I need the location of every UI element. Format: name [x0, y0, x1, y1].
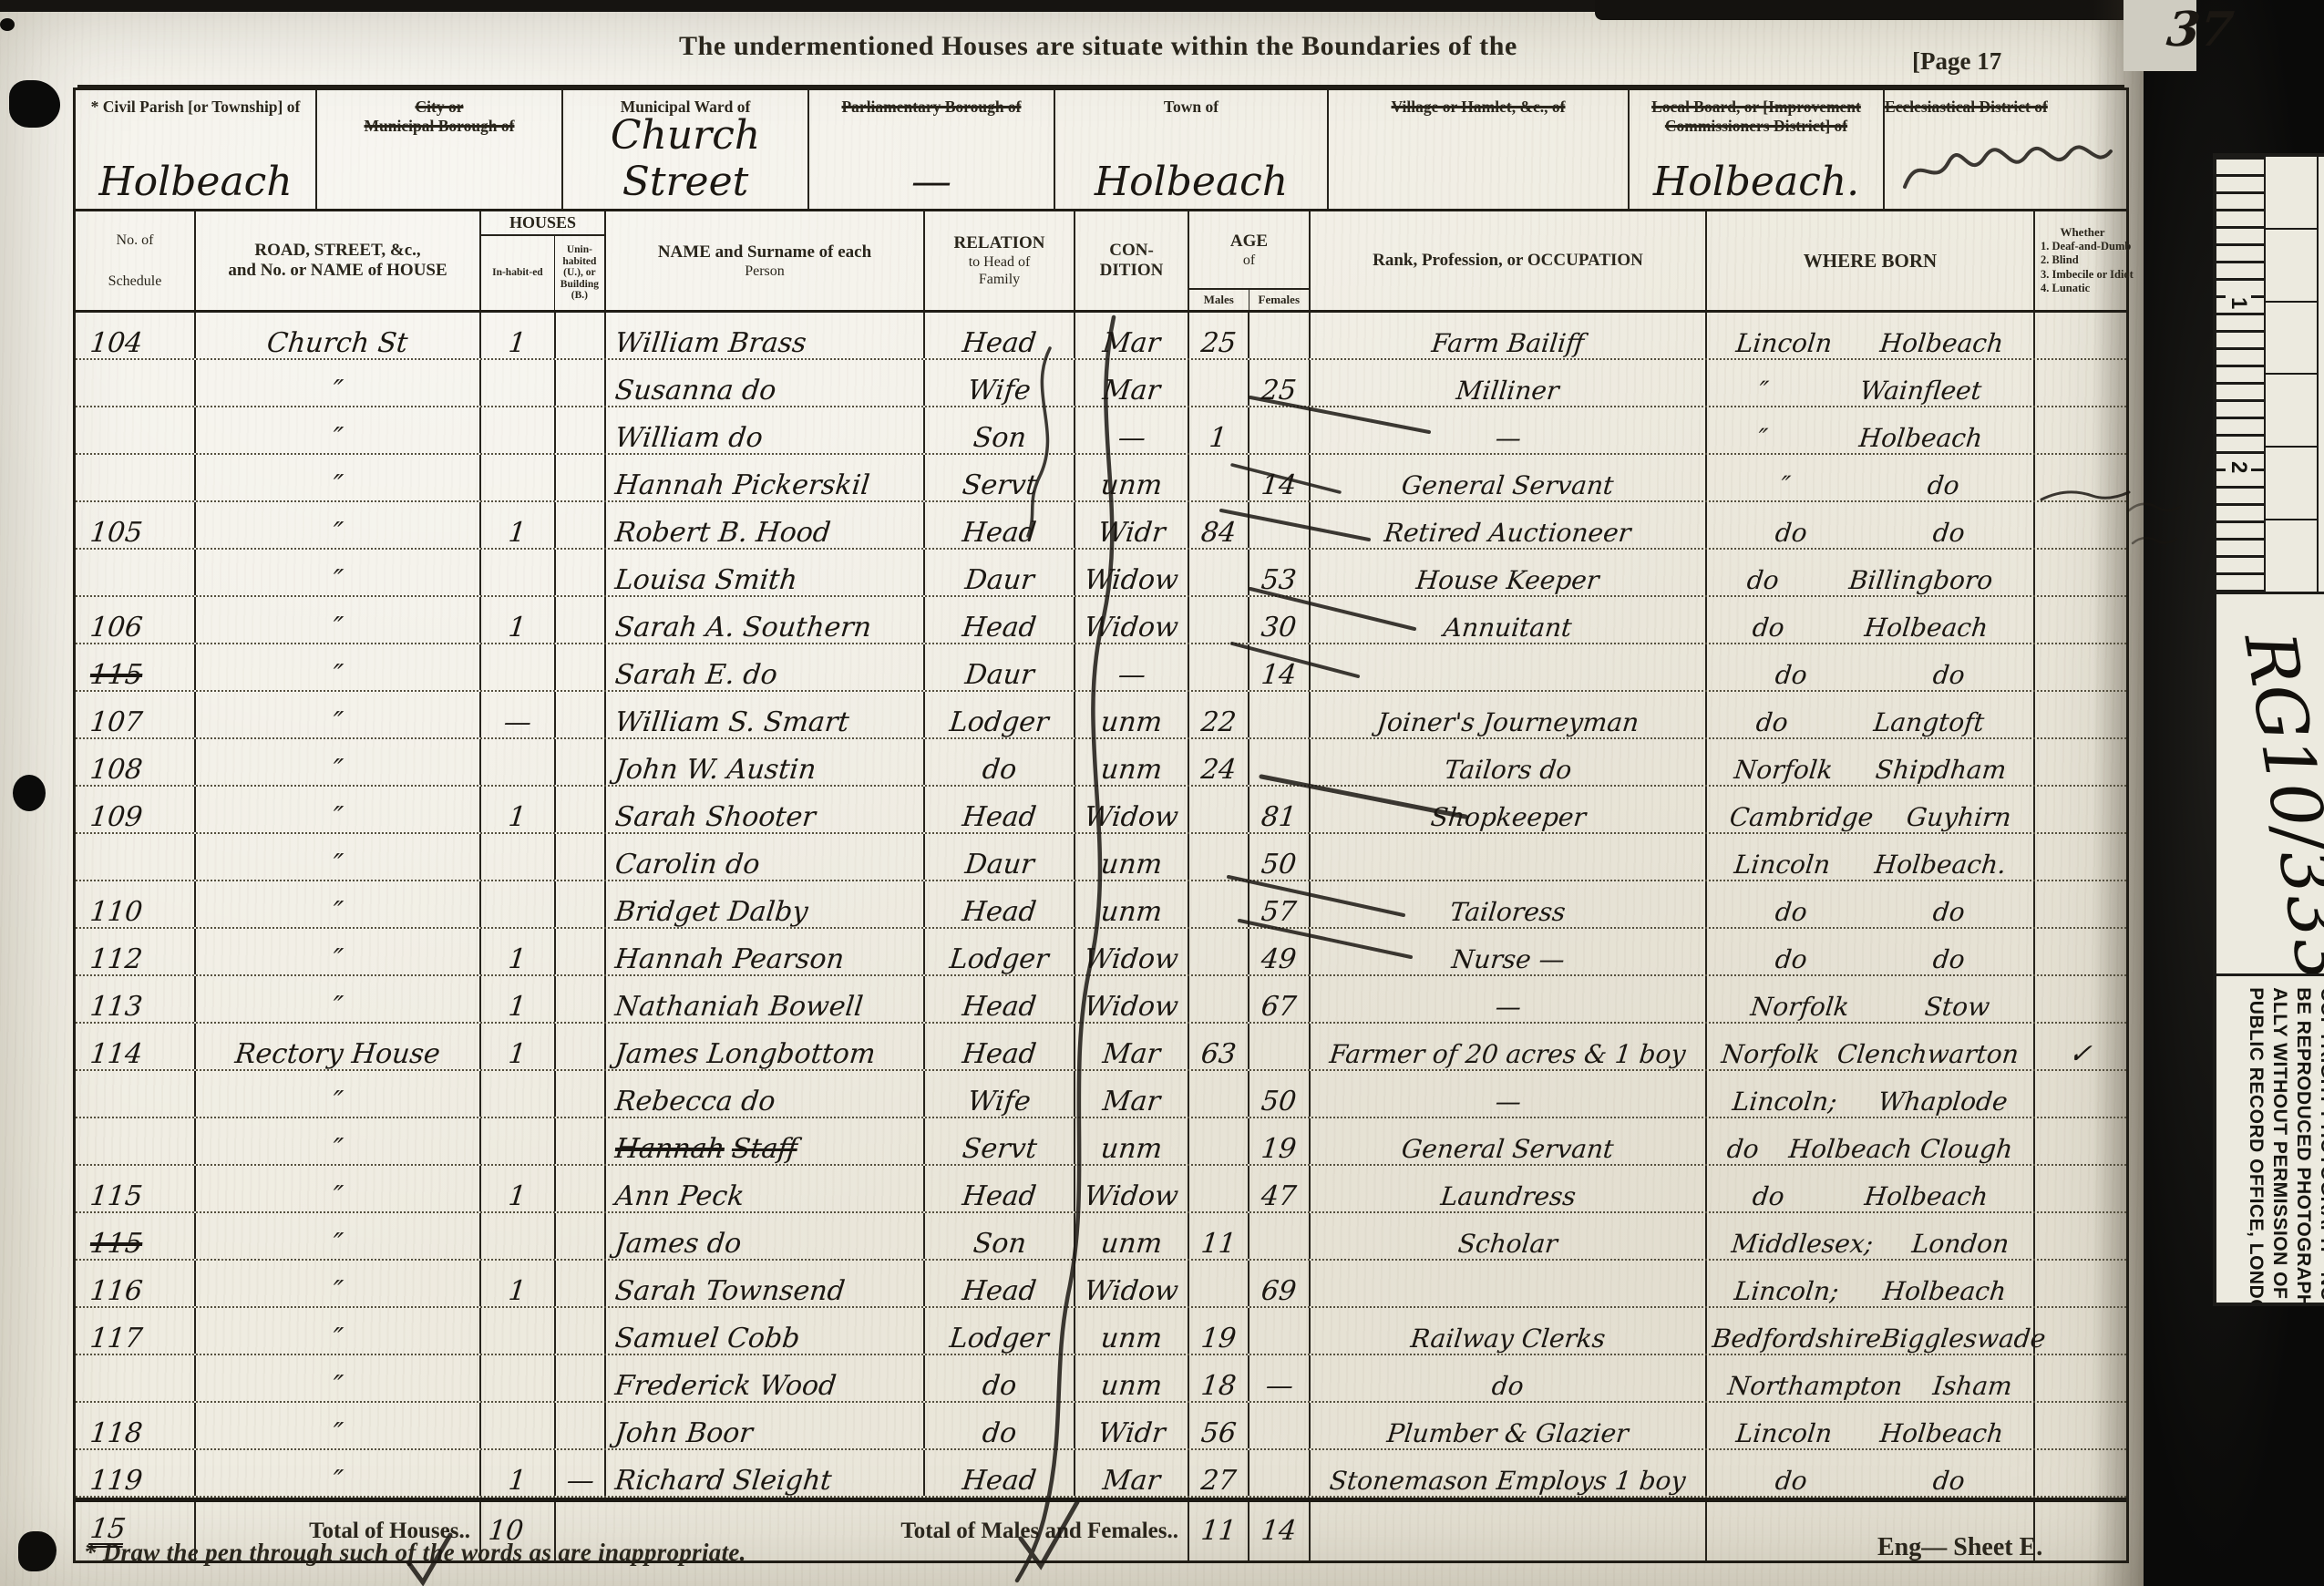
location-label-line2: Municipal Borough of [365, 117, 515, 136]
road-street: ″ [331, 1372, 344, 1400]
relation: Head [961, 1182, 1037, 1210]
col-header-condition: CON- DITION [1075, 211, 1189, 310]
condition: — [1116, 661, 1147, 689]
person-name: Hannah Pearson [613, 945, 845, 973]
person-name: Sarah Townsend [613, 1277, 846, 1305]
born-county: do [1774, 945, 1808, 973]
census-row: 113 ″ 1 Nathaniah Bowell Head Widow 67 —… [76, 976, 2126, 1024]
houses-inhabited: 1 [508, 1467, 528, 1495]
person-name: William Brass [613, 329, 807, 357]
age-male: 56 [1199, 1419, 1237, 1447]
relation: Servt [961, 471, 1038, 499]
schedule-number: 115 [88, 1230, 144, 1258]
born-place: Wainfleet [1859, 376, 1983, 405]
houses-inhabited: 1 [508, 1040, 528, 1068]
schedule-number: 117 [88, 1324, 144, 1353]
born-place: Clenchwarton [1836, 1040, 2021, 1068]
born-county: Cambridge [1728, 803, 1875, 831]
ink-blot-top-left [9, 80, 60, 128]
age-female: 30 [1260, 613, 1298, 642]
location-cell: Town of Holbeach [1055, 90, 1329, 209]
person-name: Samuel Cobb [613, 1324, 801, 1353]
census-rows: 104 Church St 1 William Brass Head Mar 2… [76, 313, 2126, 1498]
born-county: ″ [1757, 376, 1770, 405]
person-name: William S. Smart [613, 708, 850, 736]
occupation: Tailoress [1449, 898, 1568, 926]
born-county: Norfolk [1749, 993, 1850, 1021]
relation: Head [961, 803, 1037, 831]
age-male: 18 [1199, 1372, 1237, 1400]
relation: Wife [966, 376, 1032, 405]
person-name: Rebecca do [613, 1087, 776, 1116]
houses-inhabited: 1 [508, 613, 528, 642]
relation: Son [972, 424, 1027, 452]
road-street: ″ [331, 756, 344, 784]
relation: Lodger [949, 945, 1051, 973]
born-place: do [1931, 945, 1966, 973]
location-cell: * Civil Parish [or Township] of Holbeach [76, 90, 317, 209]
condition: Mar [1101, 1467, 1161, 1495]
road-street: ″ [331, 1467, 344, 1495]
schedule-number: 106 [88, 613, 144, 642]
relation: Head [961, 1040, 1037, 1068]
location-cell: City or Municipal Borough of [317, 90, 563, 209]
occupation: Plumber & Glazier [1386, 1419, 1630, 1447]
houses-inhabited: 1 [508, 803, 528, 831]
condition: Widow [1083, 993, 1179, 1021]
person-name: Nathaniah Bowell [613, 993, 864, 1021]
born-county: do [1726, 1135, 1761, 1163]
total-males-females-label: Total of Males and Females.. [900, 1519, 1178, 1544]
location-cell: Village or Hamlet, &c., of [1329, 90, 1630, 209]
relation: Head [961, 519, 1037, 547]
age-female: 47 [1260, 1182, 1298, 1210]
col-header-road: ROAD, STREET, &c., and No. or NAME of HO… [196, 211, 481, 310]
born-place: Biggleswade [1879, 1324, 2047, 1353]
person-name: John Boor [613, 1419, 754, 1447]
relation: Head [961, 1467, 1037, 1495]
location-label-line1: City or [416, 98, 464, 117]
pro-reference-section: Reference :— RG10/3331 [2216, 594, 2324, 977]
condition: Widow [1083, 803, 1179, 831]
census-row: 112 ″ 1 Hannah Pearson Lodger Widow 49 N… [76, 929, 2126, 976]
houses-inhabited: 1 [508, 329, 528, 357]
occupation: Joiner's Journeyman [1375, 708, 1640, 736]
born-county: Norfolk [1733, 756, 1834, 784]
born-place: Guyhirn [1905, 803, 2012, 831]
houses-inhabited: 1 [508, 1277, 528, 1305]
condition: Widow [1083, 1277, 1179, 1305]
relation: Head [961, 613, 1037, 642]
condition: unm [1099, 1324, 1163, 1353]
location-handwritten-value: Holbeach [1055, 159, 1327, 205]
page-title: The undermentioned Houses are situate wi… [73, 31, 2123, 62]
condition: Mar [1101, 1087, 1161, 1116]
relation: Daur [963, 850, 1035, 879]
born-county: Norfolk [1720, 1040, 1821, 1068]
census-row: 110 ″ Bridget Dalby Head unm 57 Tailores… [76, 881, 2126, 929]
relation: Daur [963, 661, 1035, 689]
location-header-row: * Civil Parish [or Township] of Holbeach… [76, 90, 2126, 211]
born-county: ″ [1756, 424, 1769, 452]
totals-schedule-note: 15 [87, 1515, 127, 1548]
born-county: do [1754, 708, 1789, 736]
born-place: Shipdham [1874, 756, 2008, 784]
houses-inhabited: 1 [508, 993, 528, 1021]
born-place: do [1926, 471, 1960, 499]
person-name: Carolin do [613, 850, 761, 879]
schedule-number: 115 [88, 1182, 144, 1210]
speck-top-left [0, 18, 15, 31]
road-street: ″ [331, 471, 344, 499]
condition: Widow [1083, 613, 1179, 642]
schedule-number: 107 [88, 708, 144, 736]
total-females: 14 [1260, 1517, 1298, 1545]
infirmity-mark: ✓ [2068, 1040, 2093, 1068]
age-male: 84 [1199, 519, 1237, 547]
census-row: 106 ″ 1 Sarah A. Southern Head Widow 30 … [76, 597, 2126, 644]
age-male: 22 [1199, 708, 1237, 736]
condition: Mar [1101, 1040, 1161, 1068]
census-row: 115 ″ Sarah E. do Daur — 14 dodo [76, 644, 2126, 692]
occupation: Retired Auctioneer [1383, 519, 1632, 547]
occupation: Tailors do [1443, 756, 1573, 784]
location-cell: Municipal Ward of Church Street [563, 90, 809, 209]
age-female: 25 [1260, 376, 1298, 405]
houses-uninhabited: — [565, 1467, 595, 1495]
location-cell: Ecclesiastical District of [1885, 90, 2048, 209]
census-row: 104 Church St 1 William Brass Head Mar 2… [76, 313, 2126, 360]
born-place: do [1931, 661, 1966, 689]
relation: Lodger [949, 708, 1051, 736]
condition: unm [1099, 850, 1163, 879]
person-name: Richard Sleight [613, 1467, 833, 1495]
relation: do [981, 1419, 1018, 1447]
occupation: Farmer of 20 acres & 1 boy [1329, 1040, 1688, 1068]
age-female: 50 [1260, 850, 1298, 879]
person-name: James Longbottom [613, 1040, 877, 1068]
location-cell: Parliamentary Borough of — [809, 90, 1055, 209]
condition: Widow [1083, 1182, 1179, 1210]
table-header-row: No. of Schedule ROAD, STREET, &c., and N… [76, 211, 2126, 313]
age-female: — [1264, 1372, 1294, 1400]
road-street: ″ [331, 1182, 344, 1210]
road-street: Church St [266, 329, 409, 357]
road-street: ″ [331, 1230, 344, 1258]
road-street: ″ [331, 850, 344, 879]
census-row: ″ Rebecca do Wife Mar 50 — Lincoln;Whapl… [76, 1071, 2126, 1118]
born-county: Lincoln; [1732, 1087, 1839, 1116]
age-female: 57 [1260, 898, 1298, 926]
census-row: 115 ″ 1 Ann Peck Head Widow 47 Laundress… [76, 1166, 2126, 1213]
census-row: 114 Rectory House 1 James Longbottom Hea… [76, 1024, 2126, 1071]
col-header-occupation: Rank, Profession, or OCCUPATION [1311, 211, 1707, 310]
age-male: 24 [1199, 756, 1237, 784]
location-handwritten-value: Church Street [563, 112, 807, 205]
condition: Widr [1096, 1419, 1167, 1447]
occupation: Laundress [1439, 1182, 1577, 1210]
col-header-houses: HOUSES In-habit-ed Unin-habited (U.), or… [481, 211, 606, 310]
location-cell: Local Board, or [Improvement Commissione… [1630, 90, 1885, 209]
person-name: Robert B. Hood [613, 519, 831, 547]
age-female: 69 [1260, 1277, 1298, 1305]
location-handwritten-value: — [809, 159, 1054, 205]
ruler-number [2266, 230, 2317, 303]
road-street: ″ [331, 708, 344, 736]
road-street: ″ [331, 1277, 344, 1305]
location-label-line1: Village or Hamlet, &c., of [1392, 98, 1566, 117]
occupation: Scholar [1456, 1230, 1558, 1258]
schedule-number: 104 [88, 329, 144, 357]
born-place: Whaplode [1877, 1087, 2009, 1116]
born-place: Holbeach Clough [1788, 1135, 2015, 1163]
relation: Servt [961, 1135, 1038, 1163]
census-row: ″ Hannah Pickerskil Servt unm 14 General… [76, 455, 2126, 502]
condition: unm [1099, 1230, 1163, 1258]
condition: unm [1099, 708, 1163, 736]
age-female: 53 [1260, 566, 1298, 594]
person-name: Hannah Pickerskil [613, 471, 870, 499]
punch-hole-left [13, 775, 46, 811]
road-street: ″ [331, 1087, 344, 1116]
houses-inhabited: 1 [508, 519, 528, 547]
census-row: ″ Louisa Smith Daur Widow 53 House Keepe… [76, 550, 2126, 597]
occupation: do [1490, 1372, 1525, 1400]
total-houses-label: Total of Houses.. [309, 1519, 470, 1544]
total-males: 11 [1199, 1517, 1237, 1545]
born-county: Bedfordshire [1711, 1324, 1882, 1353]
relation: Head [961, 329, 1037, 357]
census-row: 117 ″ Samuel Cobb Lodger unm 19 Railway … [76, 1308, 2126, 1355]
occupation: — [1494, 1087, 1522, 1116]
occupation: Railway Clerks [1409, 1324, 1607, 1353]
road-street: ″ [331, 1419, 344, 1447]
schedule-number: 113 [88, 993, 144, 1021]
born-county: Middlesex; [1730, 1230, 1874, 1258]
age-female: 49 [1260, 945, 1298, 973]
road-street: ″ [331, 898, 344, 926]
census-row: 116 ″ 1 Sarah Townsend Head Widow 69 Lin… [76, 1261, 2126, 1308]
relation: Head [961, 1277, 1037, 1305]
age-female: 19 [1260, 1135, 1298, 1163]
person-name: Susanna do [613, 376, 777, 405]
born-county: do [1774, 519, 1808, 547]
location-label-line2: Commissioners District] of [1665, 117, 1847, 136]
road-street: ″ [331, 945, 344, 973]
location-label-line1: Local Board, or [Improvement [1651, 98, 1861, 117]
born-place: Holbeach [1881, 1277, 2007, 1305]
person-name: William do [613, 424, 764, 452]
schedule-number: 114 [88, 1040, 144, 1068]
totals-row: 15 Total of Houses.. 10 Total of Males a… [76, 1498, 2126, 1560]
census-row: 118 ″ John Boor do Widr 56 Plumber & Gla… [76, 1403, 2126, 1450]
born-place: Holbeach [1863, 1182, 1989, 1210]
occupation: Nurse — [1450, 945, 1566, 973]
person-name: Louisa Smith [613, 566, 798, 594]
age-male: 19 [1199, 1324, 1237, 1353]
age-female: 67 [1260, 993, 1298, 1021]
road-street: ″ [331, 661, 344, 689]
col-header-schedule: No. of Schedule [76, 211, 196, 310]
road-street: ″ [331, 803, 344, 831]
relation: do [981, 756, 1018, 784]
born-county: do [1746, 566, 1781, 594]
born-place: Stow [1923, 993, 1991, 1021]
age-female: 50 [1260, 1087, 1298, 1116]
pro-copyright-section: COPYRIGHT PHOTOGRAPH—NOT TO BE REPRODUCE… [2216, 976, 2324, 1303]
person-name: Frederick Wood [613, 1372, 838, 1400]
schedule-number: 112 [88, 945, 144, 973]
location-handwritten-value: Holbeach [76, 159, 315, 205]
born-place: Holbeach [1857, 424, 1983, 452]
census-row: ″ HannahStaff Servt unm 19 General Serva… [76, 1118, 2126, 1166]
ruler-number [2266, 157, 2317, 230]
occupation: Annuitant [1443, 613, 1574, 642]
road-street: ″ [331, 376, 344, 405]
pro-ruler-section: PUBLIC RECORD OFFICE 1 2 [2216, 157, 2324, 594]
condition: Widow [1083, 945, 1179, 973]
col-header-infirmity: Whether 1. Deaf-and-Dumb 2. Blind 3. Imb… [2035, 211, 2126, 310]
road-street: ″ [331, 613, 344, 642]
houses-inhabited: — [502, 708, 532, 736]
occupation: Milliner [1455, 376, 1561, 405]
census-row: 105 ″ 1 Robert B. Hood Head Widr 84 Reti… [76, 502, 2126, 550]
road-street: ″ [331, 424, 344, 452]
ruler-number [2266, 303, 2317, 376]
houses-inhabited: 1 [508, 1182, 528, 1210]
condition: — [1116, 424, 1147, 452]
condition: unm [1099, 471, 1163, 499]
age-male: 27 [1199, 1467, 1237, 1495]
pro-reference-label: PUBLIC RECORD OFFICE 1 2 Reference :— RG… [2213, 153, 2324, 1306]
condition: Widr [1096, 519, 1167, 547]
condition: unm [1099, 756, 1163, 784]
born-place: London [1910, 1230, 2010, 1258]
census-row: 115 ″ James do Son unm 11 Scholar Middle… [76, 1213, 2126, 1261]
ruler-number [2266, 520, 2317, 592]
schedule-number: 110 [88, 898, 144, 926]
occupation: Stonemason Employs 1 boy [1329, 1467, 1688, 1495]
census-scan-sheet: The undermentioned Houses are situate wi… [0, 0, 2324, 1586]
born-place: Isham [1932, 1372, 2014, 1400]
age-female: 14 [1260, 661, 1298, 689]
schedule-number: 108 [88, 756, 144, 784]
occupation: Shopkeeper [1429, 803, 1587, 831]
schedule-number: 118 [88, 1419, 144, 1447]
reference-number: RG10/3331 [2229, 626, 2324, 976]
born-county: Lincoln [1735, 1419, 1834, 1447]
census-row: 108 ″ John W. Austin do unm 24 Tailors d… [76, 739, 2126, 787]
born-place: Langtoft [1873, 708, 1986, 736]
page-number-label: [Page 17 [1912, 47, 2001, 76]
relation: Head [961, 898, 1037, 926]
total-houses-value: 10 [487, 1517, 524, 1545]
born-place: Holbeach [1863, 613, 1989, 642]
schedule-number: 105 [88, 519, 144, 547]
person-name: Sarah E. do [613, 661, 778, 689]
occupation: — [1494, 993, 1522, 1021]
road-street: ″ [331, 993, 344, 1021]
born-place: Holbeach. [1873, 850, 2007, 879]
age-male: 1 [1208, 424, 1229, 452]
condition: Mar [1101, 376, 1161, 405]
person-name: Ann Peck [613, 1182, 746, 1210]
census-row: 107 ″ — William S. Smart Lodger unm 22 J… [76, 692, 2126, 739]
census-row: ″ Frederick Wood do unm 18 — do Northamp… [76, 1355, 2126, 1403]
census-row: 109 ″ 1 Sarah Shooter Head Widow 81 Shop… [76, 787, 2126, 834]
condition: unm [1099, 1372, 1163, 1400]
location-label-line1: Town of [1164, 98, 1219, 117]
scan-top-edge-right [1595, 0, 2144, 20]
born-county: do [1751, 613, 1785, 642]
person-name: Sarah A. Southern [613, 613, 872, 642]
census-row: ″ William do Son — 1 — ″Holbeach [76, 407, 2126, 455]
houses-inhabited: 1 [508, 945, 528, 973]
born-place: Holbeach [1879, 1419, 2005, 1447]
schedule-number: 116 [88, 1277, 144, 1305]
relation: Wife [966, 1087, 1032, 1116]
born-place: do [1931, 898, 1966, 926]
born-place: Holbeach [1879, 329, 2005, 357]
born-county: Lincoln; [1733, 1277, 1840, 1305]
relation: Daur [963, 566, 1035, 594]
road-street: Rectory House [233, 1040, 441, 1068]
age-female: 14 [1260, 471, 1298, 499]
schedule-number: 109 [88, 803, 144, 831]
condition: Widow [1083, 566, 1179, 594]
born-county: do [1774, 1467, 1808, 1495]
census-row: ″ Susanna do Wife Mar 25 Milliner ″Wainf… [76, 360, 2126, 407]
road-street: ″ [331, 519, 344, 547]
born-place: do [1931, 519, 1966, 547]
person-name: Bridget Dalby [613, 898, 809, 926]
ruler-number [2266, 448, 2317, 520]
location-label-line1: Parliamentary Borough of [841, 98, 1021, 117]
relation: do [981, 1372, 1018, 1400]
location-label-line1: Ecclesiastical District of [1885, 98, 2048, 117]
age-female: 81 [1260, 803, 1298, 831]
census-row: 119 ″ 1 — Richard Sleight Head Mar 27 St… [76, 1450, 2126, 1498]
col-header-relation: RELATION to Head of Family [925, 211, 1075, 310]
ruler-number [2266, 375, 2317, 448]
folio-number: 37 [2165, 2, 2237, 57]
relation: Head [961, 993, 1037, 1021]
road-street: ″ [331, 1324, 344, 1353]
condition: unm [1099, 898, 1163, 926]
person-name: Hannah [613, 1135, 725, 1163]
occupation: House Keeper [1415, 566, 1601, 594]
occupation: — [1494, 424, 1522, 452]
census-row: ″ Carolin do Daur unm 50 LincolnHolbeach… [76, 834, 2126, 881]
born-county: Lincoln [1733, 850, 1832, 879]
road-street: ″ [331, 566, 344, 594]
ruler-inch-ticks: 1 2 [2216, 157, 2264, 592]
col-header-name: NAME and Surname of each Person [606, 211, 925, 310]
location-handwritten-value: Holbeach. [1630, 159, 1883, 205]
pro-office-title: PUBLIC RECORD OFFICE [2319, 157, 2324, 592]
condition: unm [1099, 1135, 1163, 1163]
occupation: Farm Bailiff [1430, 329, 1585, 357]
condition: Mar [1101, 329, 1161, 357]
born-county: do [1751, 1182, 1785, 1210]
col-header-age: AGE of Males Females [1189, 211, 1311, 310]
schedule-number: 119 [88, 1467, 144, 1495]
relation: Lodger [949, 1324, 1051, 1353]
born-county: do [1774, 898, 1808, 926]
schedule-number: 115 [88, 661, 144, 689]
occupation: General Servant [1401, 1135, 1616, 1163]
born-county: ″ [1780, 471, 1793, 499]
